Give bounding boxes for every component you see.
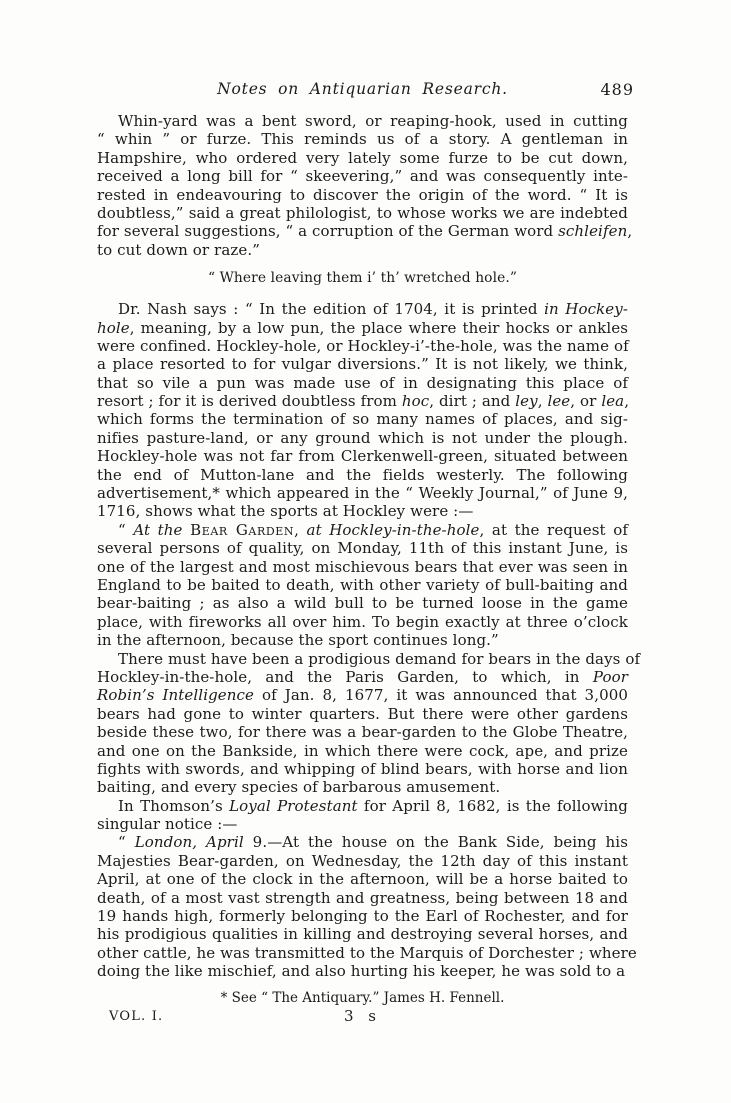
text-run: Whin-yard was a bent sword, or reaping-h… (118, 112, 628, 130)
text-run: There must have been a prodigious demand… (118, 650, 640, 668)
text-run: place, with fireworks all over him. To b… (97, 613, 628, 631)
italic-text: Loyal Protestant (229, 797, 358, 815)
text-run: 9.—At the house on the Bank Side, being … (244, 833, 628, 851)
italic-text: in Hockey- (544, 300, 628, 318)
text-run: Majesties Bear-garden, on Wednesday, the… (97, 852, 628, 870)
text-line: which forms the termination of so many n… (97, 410, 628, 428)
volume-label: VOL. I. (109, 1009, 163, 1024)
italic-text: lea (601, 392, 624, 410)
text-line: In Thomson’s Loyal Protestant for April … (97, 797, 628, 815)
text-run: 19 hands high, formerly belonging to the… (97, 907, 628, 925)
text-run: “ (118, 521, 133, 539)
text-run: , (294, 521, 306, 539)
paragraph-prodigious-demand: There must have been a prodigious demand… (97, 650, 628, 797)
text-run: 1716, shows what the sports at Hockley w… (97, 502, 473, 520)
italic-text: At the (133, 521, 190, 539)
text-run: , or (570, 392, 601, 410)
text-line: Hockley-hole was not far from Clerkenwel… (97, 447, 628, 465)
text-run: doubtless,” said a great philologist, to… (97, 204, 628, 222)
text-run: the end of Mutton-lane and the fields we… (97, 466, 628, 484)
italic-text: Poor (593, 668, 628, 686)
text-line: England to be baited to death, with othe… (97, 576, 628, 594)
text-line: Majesties Bear-garden, on Wednesday, the… (97, 852, 628, 870)
text-run: Hockley-in-the-hole, and the Paris Garde… (97, 668, 593, 686)
text-run: fights with swords, and whipping of blin… (97, 760, 628, 778)
text-line: that so vile a pun was made use of in de… (97, 374, 628, 392)
text-line: other cattle, he was transmitted to the … (97, 944, 628, 962)
text-run: in the afternoon, because the sport cont… (97, 631, 499, 649)
text-run: rested in endeavouring to discover the o… (97, 186, 628, 204)
text-line: his prodigious qualities in killing and … (97, 925, 628, 943)
paragraph-dr-nash: Dr. Nash says : “ In the edition of 1704… (97, 300, 628, 521)
text-line: resort ; for it is derived doubtless fro… (97, 392, 628, 410)
text-run: April, at one of the clock in the aftern… (97, 870, 628, 888)
book-page: Notes on Antiquarian Research. 489 Whin-… (0, 0, 731, 1103)
text-line: Whin-yard was a bent sword, or reaping-h… (97, 112, 628, 130)
text-line: “ At the Bear Garden, at Hockley-in-the-… (97, 521, 628, 539)
text-run: for April 8, 1682, is the following (358, 797, 628, 815)
text-line: place, with fireworks all over him. To b… (97, 613, 628, 631)
text-run: In Thomson’s (118, 797, 229, 815)
text-line: beside these two, for there was a bear-g… (97, 723, 628, 741)
italic-text: hoc (402, 392, 429, 410)
text-line: the end of Mutton-lane and the fields we… (97, 466, 628, 484)
text-run: bears had gone to winter quarters. But t… (97, 705, 628, 723)
paragraph-verse-quote: “ Where leaving them i’ th’ wretched hol… (97, 269, 628, 288)
text-run: received a long bill for “ skeevering,” … (97, 167, 628, 185)
text-line: “ London, April 9.—At the house on the B… (97, 833, 628, 851)
text-run: for several suggestions, “ a corruption … (97, 222, 558, 240)
text-line: bear-baiting ; as also a wild bull to be… (97, 594, 628, 612)
text-run: nifies pasture-land, or any ground which… (97, 429, 628, 447)
text-run: death, of a most vast strength and great… (97, 889, 628, 907)
text-line: 19 hands high, formerly belonging to the… (97, 907, 628, 925)
text-run: of Jan. 8, 1677, it was announced that 3… (254, 686, 628, 704)
text-line: There must have been a prodigious demand… (97, 650, 628, 668)
text-line: several persons of quality, on Monday, 1… (97, 539, 628, 557)
text-run: and one on the Bankside, in which there … (97, 742, 628, 760)
italic-text: Robin’s Intelligence (97, 686, 254, 704)
text-line: bears had gone to winter quarters. But t… (97, 705, 628, 723)
text-run: * See “ The Antiquary.” James H. Fennell… (221, 990, 505, 1006)
footnote: * See “ The Antiquary.” James H. Fennell… (97, 990, 628, 1006)
text-run: Hampshire, who ordered very lately some … (97, 149, 628, 167)
text-line: death, of a most vast strength and great… (97, 889, 628, 907)
text-run: that so vile a pun was made use of in de… (97, 374, 628, 392)
text-run: baiting, and every species of barbarous … (97, 778, 500, 796)
text-line: Hampshire, who ordered very lately some … (97, 149, 628, 167)
text-run: his prodigious qualities in killing and … (97, 925, 628, 943)
text-line: a place resorted to for vulgar diversion… (97, 355, 628, 373)
text-line: baiting, and every species of barbarous … (97, 778, 628, 796)
text-run: “ (118, 833, 135, 851)
text-run: , (624, 392, 629, 410)
running-title: Notes on Antiquarian Research. (97, 80, 628, 98)
text-run: “ Where leaving them i’ th’ wretched hol… (208, 270, 517, 286)
text-run: doing the like mischief, and also hurtin… (97, 962, 625, 980)
paragraph-bear-garden-advert: “ At the Bear Garden, at Hockley-in-the-… (97, 521, 628, 650)
text-line: for several suggestions, “ a corruption … (97, 222, 628, 240)
text-run: advertisement,* which appeared in the “ … (97, 484, 628, 502)
text-line: Robin’s Intelligence of Jan. 8, 1677, it… (97, 686, 628, 704)
page-number: 489 (600, 80, 634, 99)
paragraph-london-notice: “ London, April 9.—At the house on the B… (97, 833, 628, 980)
text-line: “ Where leaving them i’ th’ wretched hol… (97, 269, 628, 288)
text-line: Hockley-in-the-hole, and the Paris Garde… (97, 668, 628, 686)
text-run: “ whin ” or furze. This reminds us of a … (97, 130, 628, 148)
text-run: , dirt ; and (429, 392, 515, 410)
text-line: were confined. Hockley-hole, or Hockley-… (97, 337, 628, 355)
smallcaps-text: Bear Garden (190, 521, 294, 539)
text-line: doubtless,” said a great philologist, to… (97, 204, 628, 222)
text-run: , meaning, by a low pun, the place where… (130, 319, 628, 337)
italic-text: at Hockley-in-the-hole (307, 521, 480, 539)
text-run: beside these two, for there was a bear-g… (97, 723, 628, 741)
text-line: 1716, shows what the sports at Hockley w… (97, 502, 628, 520)
text-line: April, at one of the clock in the aftern… (97, 870, 628, 888)
italic-text: lee (547, 392, 570, 410)
text-line: in the afternoon, because the sport cont… (97, 631, 628, 649)
italic-text: London, April (135, 833, 244, 851)
text-line: and one on the Bankside, in which there … (97, 742, 628, 760)
text-run: Hockley-hole was not far from Clerkenwel… (97, 447, 628, 465)
text-line: to cut down or raze.” (97, 241, 628, 259)
text-run: other cattle, he was transmitted to the … (97, 944, 637, 962)
text-run: , (627, 222, 632, 240)
text-run: to cut down or raze.” (97, 241, 260, 259)
text-run: Dr. Nash says : “ In the edition of 1704… (118, 300, 544, 318)
paragraph-thomsons-notice: In Thomson’s Loyal Protestant for April … (97, 797, 628, 834)
paragraph-whinyard: Whin-yard was a bent sword, or reaping-h… (97, 112, 628, 259)
page-footer: VOL. I. 3 s (97, 1005, 628, 1025)
text-run: several persons of quality, on Monday, 1… (97, 539, 628, 557)
text-run: one of the largest and most mischievous … (97, 558, 628, 576)
text-line: fights with swords, and whipping of blin… (97, 760, 628, 778)
text-run: , at the request of (480, 521, 628, 539)
text-run: bear-baiting ; as also a wild bull to be… (97, 594, 628, 612)
text-line: doing the like mischief, and also hurtin… (97, 962, 628, 980)
page-body: Whin-yard was a bent sword, or reaping-h… (97, 112, 628, 981)
text-line: received a long bill for “ skeevering,” … (97, 167, 628, 185)
text-line: Dr. Nash says : “ In the edition of 1704… (97, 300, 628, 318)
text-line: advertisement,* which appeared in the “ … (97, 484, 628, 502)
text-run: singular notice :— (97, 815, 238, 833)
signature-mark: 3 s (97, 1005, 628, 1025)
text-line: rested in endeavouring to discover the o… (97, 186, 628, 204)
text-line: nifies pasture-land, or any ground which… (97, 429, 628, 447)
italic-text: hole (97, 319, 130, 337)
italic-text: schleifen (558, 222, 627, 240)
text-line: one of the largest and most mischievous … (97, 558, 628, 576)
text-line: “ whin ” or furze. This reminds us of a … (97, 130, 628, 148)
text-run: , (538, 392, 548, 410)
text-run: England to be baited to death, with othe… (97, 576, 628, 594)
italic-text: ley (515, 392, 537, 410)
page-header: Notes on Antiquarian Research. 489 (97, 80, 628, 100)
text-run: a place resorted to for vulgar diversion… (97, 355, 628, 373)
text-line: hole, meaning, by a low pun, the place w… (97, 319, 628, 337)
text-run: which forms the termination of so many n… (97, 410, 628, 428)
text-run: were confined. Hockley-hole, or Hockley-… (97, 337, 629, 355)
text-run: resort ; for it is derived doubtless fro… (97, 392, 402, 410)
text-line: singular notice :— (97, 815, 628, 833)
